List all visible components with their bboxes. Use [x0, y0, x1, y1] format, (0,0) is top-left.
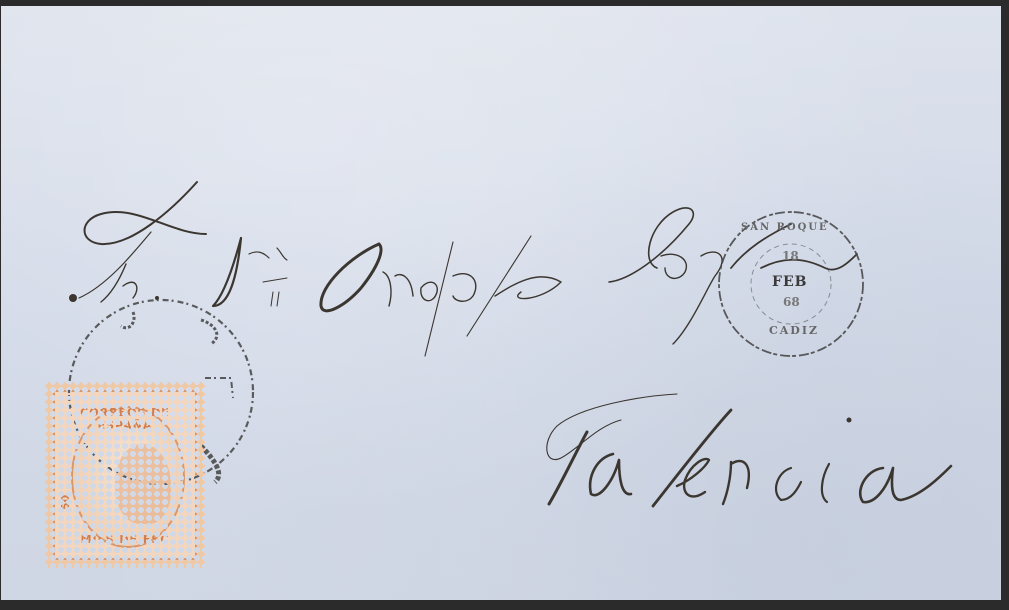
postage-stamp: CORREOS DE ESPAÑA MILS DE ESC 50 [45, 382, 205, 568]
stamp-frame: CORREOS DE ESPAÑA MILS DE ESC 50 [53, 390, 197, 560]
stamp-bottom-text: MILS DE ESC [55, 533, 195, 546]
address-recipient: Sor. Dn. Onofre Peydro [71, 246, 539, 292]
datestamp-province: CADIZ [769, 324, 819, 337]
datestamp-month: FEB [772, 274, 807, 290]
stamp-value: 50 [59, 495, 72, 510]
address-city: Valencia [541, 416, 771, 479]
datestamp-town: SAN ROQUE [741, 222, 829, 233]
postal-cover: CORREOS DE ESPAÑA MILS DE ESC 50 SAN ROQ… [1, 6, 1001, 600]
datestamp-year: 68 [783, 295, 800, 309]
stamp-portrait [115, 444, 171, 524]
datestamp-day: 18 [782, 249, 799, 263]
stamp-top-text: CORREOS DE ESPAÑA [55, 406, 195, 432]
